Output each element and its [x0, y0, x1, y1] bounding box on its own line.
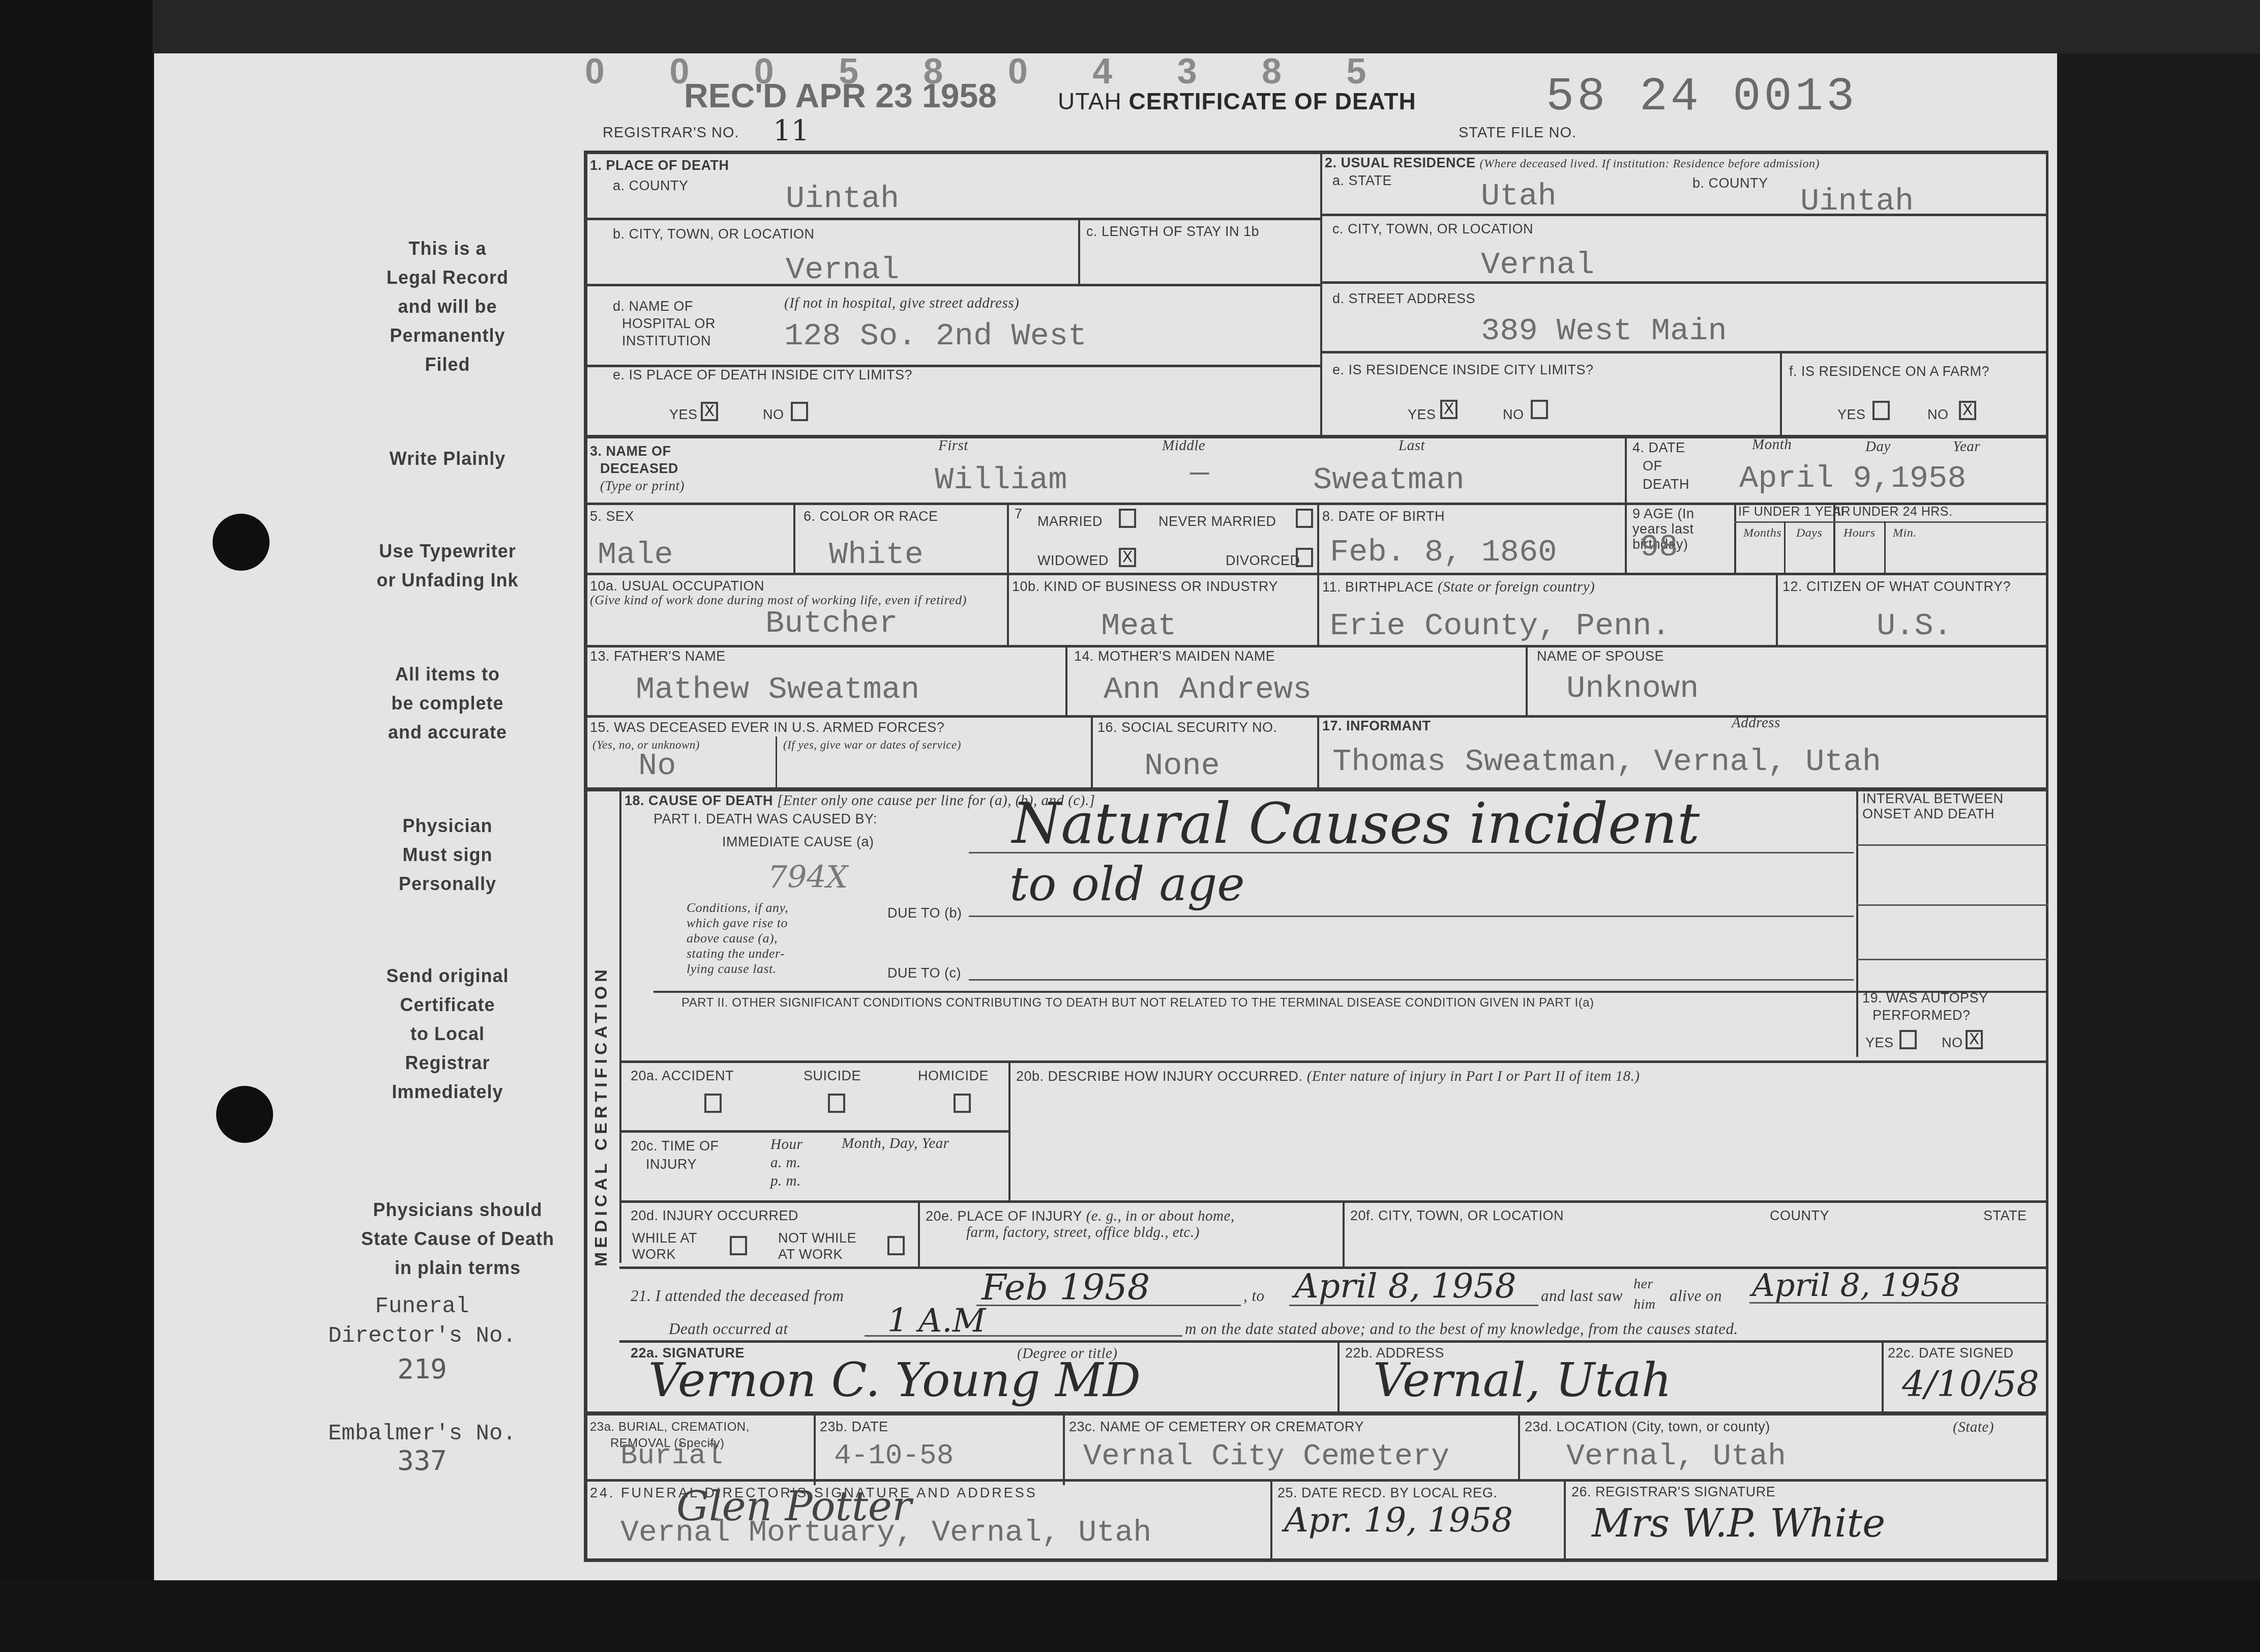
date-recd-label: 25. DATE RECD. BY LOCAL REG.	[1277, 1485, 1497, 1501]
sex-label: 5. SEX	[590, 509, 634, 524]
armed-forces-service-hint: (If yes, give war or dates of service)	[783, 739, 961, 752]
divider	[584, 435, 2048, 438]
divider	[1518, 1414, 1520, 1480]
funeral-director-value: Vernal Mortuary, Vernal, Utah	[620, 1516, 1151, 1550]
date-recd-value: Apr. 19, 1958	[1284, 1500, 1513, 1540]
mother-label: 14. MOTHER'S MAIDEN NAME	[1074, 648, 1275, 664]
divider	[1884, 521, 1886, 574]
res-city-value: Vernal	[1481, 247, 1594, 283]
while-at-work-checkbox[interactable]	[730, 1236, 747, 1255]
conditions-hint: Conditions, if any, which gave rise to a…	[687, 900, 788, 977]
under-24-hrs-label: IF UNDER 24 HRS.	[1837, 505, 1952, 519]
last-saw-label: and last saw	[1541, 1287, 1623, 1305]
injury-occurred-label: 20d. INJURY OCCURRED	[631, 1208, 798, 1224]
res-farm-yes-checkbox[interactable]	[1872, 401, 1890, 420]
divider	[1784, 521, 1786, 574]
usual-residence-label: 2. USUAL RESIDENCE (Where deceased lived…	[1325, 155, 1820, 171]
industry-label: 10b. KIND OF BUSINESS OR INDUSTRY	[1012, 579, 1278, 595]
divider	[1343, 1200, 1345, 1266]
death-occurred-suffix: m on the date stated above; and to the b…	[1185, 1320, 1738, 1338]
widowed-checkbox[interactable]: X	[1119, 548, 1136, 567]
middle-label: Middle	[1162, 437, 1205, 454]
divider	[1008, 1060, 1010, 1200]
physician-address: Vernal, Utah	[1373, 1353, 1672, 1407]
not-while-at-work-label: NOT WHILE AT WORK	[778, 1230, 856, 1262]
divider	[619, 1060, 2048, 1063]
hospital-hint: (If not in hospital, give street address…	[784, 295, 1019, 312]
date-of-death-value: April 9,1958	[1739, 460, 1966, 496]
age-value: 98	[1640, 529, 1678, 565]
divider	[1625, 503, 1627, 574]
divorced-checkbox[interactable]	[1296, 548, 1313, 567]
spouse-label: NAME OF SPOUSE	[1537, 648, 1664, 664]
ssn-value: None	[1144, 748, 1220, 784]
to-label: , to	[1243, 1287, 1265, 1305]
divider	[619, 1340, 2048, 1343]
divider	[584, 1411, 2048, 1415]
dob-value: Feb. 8, 1860	[1330, 534, 1557, 570]
medical-certification-label: MEDICAL CERTIFICATION	[591, 965, 611, 1266]
divider	[619, 1200, 2048, 1203]
margin-note-use-typewriter: Use Typewriter or Unfading Ink	[356, 537, 539, 595]
burial-value: Burial	[620, 1439, 723, 1472]
burial-date-value: 4-10-58	[834, 1439, 954, 1472]
divider	[1734, 521, 2048, 523]
res-street-value: 389 West Main	[1481, 313, 1727, 349]
first-label: First	[938, 437, 968, 454]
father-label: 13. FATHER'S NAME	[590, 648, 726, 664]
no-label: NO	[1942, 1035, 1963, 1051]
death-time-value: 1 A.M	[887, 1302, 986, 1340]
county-label: a. COUNTY	[613, 178, 689, 194]
immediate-cause-label: IMMEDIATE CAUSE (a)	[722, 834, 874, 850]
deceased-name-label: 3. NAME OF DECEASED (Type or print)	[590, 442, 685, 494]
divider	[584, 218, 1321, 220]
no-label: NO	[763, 407, 784, 423]
certificate-title: UTAH CERTIFICATE OF DEATH	[1058, 87, 1416, 115]
hours-label: Hours	[1843, 526, 1876, 540]
divider	[1063, 1414, 1065, 1485]
marital-label: 7	[1015, 506, 1023, 522]
attended-from-value: Feb 1958	[982, 1266, 1150, 1308]
registrars-no-label: REGISTRAR'S NO.	[603, 125, 739, 141]
ssn-label: 16. SOCIAL SECURITY NO.	[1097, 720, 1277, 735]
divorced-label: DIVORCED	[1226, 553, 1300, 569]
divider	[1856, 844, 2048, 846]
scan-background-left	[0, 0, 153, 1652]
cause-code: 794X	[768, 860, 848, 895]
accident-label: 20a. ACCIDENT	[631, 1068, 734, 1084]
first-name-value: William	[935, 462, 1067, 498]
divider	[1776, 573, 1778, 646]
alive-on-label: alive on	[1670, 1287, 1722, 1305]
interval-label: INTERVAL BETWEEN ONSET AND DEATH	[1862, 791, 2004, 821]
alive-on-value: April 8, 1958	[1752, 1266, 1960, 1304]
divider	[1564, 1479, 1566, 1560]
not-while-at-work-checkbox[interactable]	[887, 1236, 905, 1255]
date-of-death-label: 4. DATE OF DEATH	[1632, 438, 1689, 493]
res-city-label: c. CITY, TOWN, OR LOCATION	[1332, 221, 1533, 237]
industry-value: Meat	[1101, 608, 1177, 644]
burial-state-label: (State)	[1953, 1419, 1994, 1436]
birthplace-label: 11. BIRTHPLACE (State or foreign country…	[1322, 579, 1595, 596]
state-file-number: 58 24 0013	[1546, 70, 1857, 124]
never-married-label: NEVER MARRIED	[1158, 514, 1276, 529]
suicide-checkbox[interactable]	[828, 1094, 845, 1113]
days-label: Days	[1796, 526, 1822, 540]
race-value: White	[829, 537, 924, 573]
cemetery-label: 23c. NAME OF CEMETERY OR CREMATORY	[1069, 1419, 1364, 1435]
divider	[1856, 959, 2048, 960]
due-to-b-line	[969, 916, 1854, 917]
burial-date-label: 23b. DATE	[820, 1419, 888, 1435]
burial-location-value: Vernal, Utah	[1566, 1439, 1786, 1474]
married-checkbox[interactable]	[1119, 509, 1136, 528]
divider	[776, 736, 777, 788]
widowed-label: WIDOWED	[1037, 553, 1109, 569]
margin-note-physician-sign: Physician Must sign Personally	[356, 811, 539, 898]
homicide-label: HOMICIDE	[918, 1068, 989, 1084]
divider	[1833, 503, 1835, 574]
part1-label: PART I. DEATH WAS CAUSED BY:	[653, 811, 877, 827]
yes-label: YES	[1837, 407, 1866, 423]
res-farm-label: f. IS RESIDENCE ON A FARM?	[1789, 364, 1989, 379]
date-signed-value: 4/10/58	[1902, 1363, 2039, 1405]
time-of-injury-label: 20c. TIME OF INJURY	[631, 1137, 719, 1173]
res-inside-city-yes-checkbox[interactable]: X	[1440, 400, 1458, 419]
due-to-b-label: DUE TO (b)	[887, 905, 962, 921]
due-to-c-line	[969, 979, 1854, 981]
sex-value: Male	[598, 537, 673, 573]
place-inside-city-yes-checkbox[interactable]: X	[701, 402, 718, 421]
spouse-value: Unknown	[1566, 670, 1699, 706]
res-inside-city-label: e. IS RESIDENCE INSIDE CITY LIMITS?	[1332, 362, 1594, 378]
middle-name-value: —	[1190, 455, 1209, 491]
inside-city-label: e. IS PLACE OF DEATH INSIDE CITY LIMITS?	[613, 367, 912, 383]
dob-label: 8. DATE OF BIRTH	[1322, 509, 1445, 524]
min-label: Min.	[1893, 526, 1917, 540]
burial-location-label: 23d. LOCATION (City, town, or county)	[1525, 1419, 1770, 1435]
divider	[619, 787, 621, 1263]
physician-signature: Vernon C. Young MD	[648, 1353, 1141, 1407]
immediate-cause-continued: to old age	[1009, 857, 1245, 911]
due-to-c-label: DUE TO (c)	[887, 965, 961, 981]
autopsy-yes-checkbox[interactable]	[1899, 1030, 1917, 1049]
scan-background-bottom	[0, 1579, 2260, 1652]
cemetery-value: Vernal City Cemetery	[1083, 1439, 1449, 1474]
margin-note-send-original: Send original Certificate to Local Regis…	[356, 961, 539, 1106]
death-occurred-label: Death occurred at	[669, 1320, 788, 1338]
city-label: b. CITY, TOWN, OR LOCATION	[613, 226, 815, 242]
divider	[1856, 787, 1858, 1057]
yes-label: YES	[1865, 1035, 1894, 1051]
homicide-checkbox[interactable]	[954, 1094, 971, 1113]
attended-to-value: April 8, 1958	[1294, 1266, 1516, 1306]
never-married-checkbox[interactable]	[1296, 509, 1313, 528]
embalmer-no: 337	[285, 1444, 559, 1477]
no-label: NO	[1927, 407, 1949, 423]
last-name-value: Sweatman	[1313, 462, 1465, 498]
divider	[584, 1479, 2048, 1482]
punch-hole-icon	[213, 514, 270, 571]
month-label: Month	[1752, 436, 1792, 453]
divider	[584, 645, 2048, 647]
injury-state-label: STATE	[1983, 1208, 2027, 1224]
married-label: MARRIED	[1037, 514, 1103, 529]
place-of-injury-label: 20e. PLACE OF INJURY (e. g., in or about…	[926, 1208, 1235, 1241]
funeral-director-no: 219	[285, 1353, 559, 1385]
res-state-label: a. STATE	[1332, 173, 1392, 189]
place-of-death-label: 1. PLACE OF DEATH	[590, 158, 729, 173]
registrars-no: 11	[773, 114, 809, 147]
divider	[1625, 436, 1627, 503]
months-label: Months	[1743, 526, 1781, 540]
registrar-signature: Mrs W.P. White	[1592, 1500, 1885, 1546]
mother-value: Ann Andrews	[1104, 671, 1312, 707]
scan-background-top	[153, 0, 2260, 53]
yes-label: YES	[1408, 407, 1436, 423]
hospital-label: d. NAME OF HOSPITAL OR INSTITUTION	[613, 298, 716, 349]
father-value: Mathew Sweatman	[636, 671, 919, 707]
margin-note-all-items: All items to be complete and accurate	[356, 660, 539, 747]
occupation-label: 10a. USUAL OCCUPATION (Give kind of work…	[590, 579, 997, 607]
res-inside-city-no-checkbox[interactable]	[1531, 400, 1548, 419]
divider	[1856, 904, 2048, 906]
occupation-value: Butcher	[765, 605, 898, 641]
hour-labels: Hour a. m. p. m.	[770, 1135, 802, 1190]
divider	[716, 854, 848, 856]
divider	[1270, 1479, 1272, 1560]
margin-note-legal-record: This is a Legal Record and will be Perma…	[356, 234, 539, 379]
divider	[814, 1414, 816, 1485]
received-stamp: REC'D APR 23 1958	[684, 76, 997, 115]
divider	[584, 284, 1321, 286]
while-at-work-label: WHILE AT WORK	[632, 1230, 697, 1262]
birthplace-value: Erie County, Penn.	[1330, 608, 1671, 644]
certificate-form	[584, 151, 2048, 1562]
divider	[1780, 351, 1782, 436]
divider	[1734, 503, 1736, 574]
divider	[1526, 645, 1528, 716]
address-label: Address	[1732, 715, 1780, 731]
suicide-label: SUICIDE	[804, 1068, 861, 1084]
res-street-label: d. STREET ADDRESS	[1332, 291, 1475, 307]
divider	[584, 573, 2048, 575]
month-day-year-label: Month, Day, Year	[842, 1135, 949, 1152]
divider	[1320, 151, 1322, 436]
injury-desc-label: 20b. DESCRIBE HOW INJURY OCCURRED. (Ente…	[1016, 1068, 1640, 1085]
informant-value: Thomas Sweatman, Vernal, Utah	[1332, 744, 1881, 780]
place-city-value: Vernal	[786, 252, 899, 288]
no-label: NO	[1503, 407, 1524, 423]
part2-label: PART II. OTHER SIGNIFICANT CONDITIONS CO…	[681, 996, 1594, 1010]
hospital-value: 128 So. 2nd West	[784, 318, 1087, 354]
last-label: Last	[1399, 437, 1425, 454]
length-of-stay-label: c. LENGTH OF STAY IN 1b	[1086, 224, 1259, 240]
attended-label: 21. I attended the deceased from	[631, 1287, 844, 1305]
her-him-label: her him	[1633, 1274, 1656, 1315]
divider	[1065, 645, 1067, 716]
divider	[1091, 715, 1093, 788]
armed-forces-value: No	[638, 748, 676, 784]
res-farm-no-checkbox[interactable]: X	[1959, 401, 1976, 420]
state-file-label: STATE FILE NO.	[1459, 125, 1577, 141]
punch-hole-icon	[216, 1086, 273, 1143]
divider	[793, 503, 795, 573]
informant-label: 17. INFORMANT	[1322, 718, 1431, 734]
divider	[584, 715, 2048, 718]
citizen-value: U.S.	[1877, 608, 1952, 644]
divider	[653, 991, 2048, 993]
place-inside-city-no-checkbox[interactable]	[791, 402, 808, 421]
immediate-cause-value: Natural Causes incident	[1012, 791, 1700, 856]
margin-note-write-plainly: Write Plainly	[356, 444, 539, 473]
divider	[1320, 351, 2048, 353]
res-county-label: b. COUNTY	[1692, 175, 1768, 191]
margin-note-physicians-should: Physicians should State Cause of Death i…	[346, 1195, 570, 1282]
res-state-value: Utah	[1481, 178, 1557, 214]
year-label: Year	[1953, 438, 1980, 455]
date-signed-label: 22c. DATE SIGNED	[1888, 1345, 2014, 1361]
divider	[1320, 281, 2048, 284]
divider	[1078, 218, 1080, 284]
armed-forces-label: 15. WAS DECEASED EVER IN U.S. ARMED FORC…	[590, 720, 944, 735]
injury-city-label: 20f. CITY, TOWN, OR LOCATION	[1350, 1208, 1564, 1224]
divider	[1882, 1340, 1884, 1411]
divider	[619, 1130, 1008, 1133]
divider	[918, 1200, 920, 1266]
place-county-value: Uintah	[786, 181, 899, 217]
funeral-director-no-label: Funeral Director's No.	[285, 1292, 559, 1351]
divider	[1320, 214, 2048, 216]
divider	[1317, 715, 1319, 788]
day-label: Day	[1865, 438, 1891, 455]
divider	[1337, 1340, 1340, 1411]
registrar-signature-label: 26. REGISTRAR'S SIGNATURE	[1571, 1484, 1775, 1500]
autopsy-no-checkbox[interactable]: X	[1966, 1030, 1983, 1049]
citizen-label: 12. CITIZEN OF WHAT COUNTRY?	[1782, 579, 2011, 595]
yes-label: YES	[669, 407, 698, 423]
injury-county-label: COUNTY	[1770, 1208, 1829, 1224]
accident-checkbox[interactable]	[704, 1094, 722, 1113]
autopsy-label: 19. WAS AUTOPSY PERFORMED?	[1862, 989, 1988, 1024]
race-label: 6. COLOR OR RACE	[804, 509, 938, 524]
